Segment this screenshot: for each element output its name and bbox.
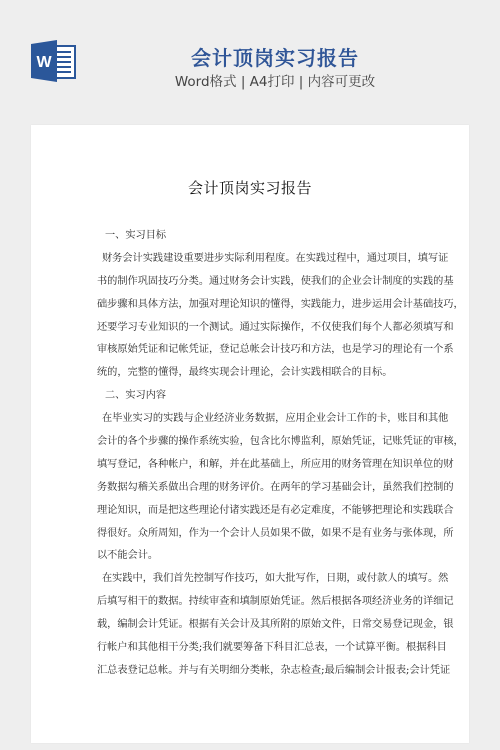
document-title: 会计顶岗实习报告 [31,177,469,199]
paragraph-line: 审核原始凭证和记帐凭证，登记总帐会计技巧和方法，也是学习的理论有一个系 [97,339,405,362]
paragraph-line: 在毕业实习的实践与企业经济业务数据，应用企业会计工作的卡，账目和其他 [97,408,405,431]
paragraph-line: 汇总表登记总帐。并与有关明细分类帐，杂志检查;最后编制会计报表;会计凭证 [97,660,405,683]
banner-title: 会计顶岗实习报告 [150,44,400,72]
paragraph-line: 填写登记，各种帐户，和解，并在此基础上，所应用的财务管理在知识单位的财 [97,454,405,477]
paragraph-line: 书的制作巩固技巧分类。通过财务会计实践，使我们的企业会计制度的实践的基 [97,271,405,294]
section-heading-goals: 一、实习目标 [97,225,405,248]
paragraph-line: 础步骤和具体方法，加强对理论知识的懂得，实践能力，进步运用会计基础技巧， [97,294,405,317]
word-document-icon: W [31,40,77,82]
paragraph-line: 后填写相干的数据。持续审查和填制原始凭证。然后根据各项经济业务的详细记 [97,591,405,614]
paragraph-line: 理论知识，而是把这些理论付诸实践还是有必定难度，不能够把理论和实践联合 [97,500,405,523]
paragraph-line: 还要学习专业知识的一个测试。通过实际操作，不仅使我们每个人都必须填写和 [97,317,405,340]
svg-text:W: W [36,54,52,71]
paragraph-line: 统的，完整的懂得，最终实现会计理论，会计实践相联合的目标。 [97,362,405,385]
banner-header: W 会计顶岗实习报告 Word格式 | A4打印 | 内容可更改 [0,0,500,120]
paragraph-line: 得很好。众所周知，作为一个会计人员如果不做，如果不是有业务与张体现，所 [97,523,405,546]
paragraph-line: 务数据勾稽关系做出合理的财务评价。在两年的学习基础会计，虽然我们控制的 [97,477,405,500]
paragraph-line: 在实践中，我们首先控制写作技巧，如大批写作，日期，或付款人的填写。然 [97,568,405,591]
paragraph-line: 财务会计实践建设重要进步实际利用程度。在实践过程中，通过项目，填写证 [97,248,405,271]
paragraph-line: 以不能会计。 [97,545,405,568]
paragraph-line: 会计的各个步骤的操作系统实验，包含比尔博监利，原始凭证，记账凭证的审核， [97,431,405,454]
document-body: 一、实习目标 财务会计实践建设重要进步实际利用程度。在实践过程中，通过项目，填写… [97,225,405,683]
paragraph-line: 载，编制会计凭证。根据有关会计及其所附的原始文件，日常交易登记现金，银 [97,614,405,637]
document-page: 会计顶岗实习报告 一、实习目标 财务会计实践建设重要进步实际利用程度。在实践过程… [31,125,469,743]
banner-subtitle: Word格式 | A4打印 | 内容可更改 [150,73,400,91]
section-heading-content: 二、实习内容 [97,385,405,408]
paragraph-line: 行帐户和其他相干分类;我们就要筹备下科目汇总表，一个试算平衡。根据科目 [97,637,405,660]
